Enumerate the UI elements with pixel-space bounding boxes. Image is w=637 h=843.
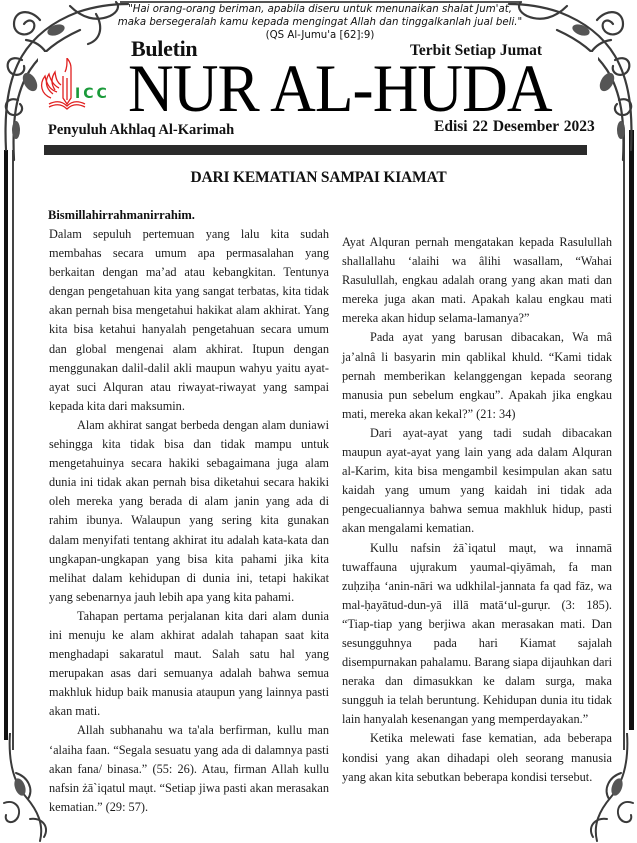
paragraph: Allah subhanahu wa ta'ala berfirman, kul…: [49, 721, 329, 816]
paragraph: Ayat Alquran pernah mengatakan kepada Ra…: [342, 233, 612, 328]
logo-text: ICC: [75, 86, 110, 102]
edition-date: Edisi 22 Desember 2023: [434, 118, 595, 136]
paragraph: Dalam sepuluh pertemuan yang lalu kita s…: [49, 225, 329, 416]
frame-right-border: [629, 130, 634, 730]
article-column-right: Ayat Alquran pernah mengatakan kepada Ra…: [342, 233, 612, 787]
header-rule-bar: [44, 145, 587, 155]
paragraph: Ketika melewati fase kematian, ada beber…: [342, 729, 612, 786]
article-title: DARI KEMATIAN SAMPAI KIAMAT: [0, 169, 637, 187]
paragraph: Tahapan pertama perjalanan kita dari ala…: [49, 607, 329, 722]
verse-line-2: maka bersegeralah kamu kepada mengingat …: [100, 16, 540, 29]
frame-left-inner-border: [12, 150, 14, 750]
article-opening: Bismillahirrahmanirrahim.: [48, 208, 195, 223]
paragraph: Dari ayat-ayat yang tadi sudah dibacakan…: [342, 424, 612, 539]
verse-line-1: "Hai orang-orang beriman, apabila diseru…: [100, 3, 540, 16]
icc-logo: ICC: [37, 58, 127, 114]
pen-book-wings-logo-icon: ICC: [37, 58, 127, 114]
tagline: Penyuluh Akhlaq Al-Karimah: [48, 122, 234, 139]
article-column-left: Dalam sepuluh pertemuan yang lalu kita s…: [49, 225, 329, 817]
masthead-title: NUR AL-HUDA: [128, 58, 552, 118]
paragraph: Alam akhirat sangat berbeda dengan alam …: [49, 416, 329, 607]
paragraph: Kullu nafsin żā`iqatul maụt, wa innamā t…: [342, 539, 612, 730]
paragraph: Pada ayat yang barusan dibacakan, Wa mâ …: [342, 328, 612, 423]
frame-right-inner-border: [623, 130, 625, 750]
frame-left-border: [4, 150, 8, 740]
